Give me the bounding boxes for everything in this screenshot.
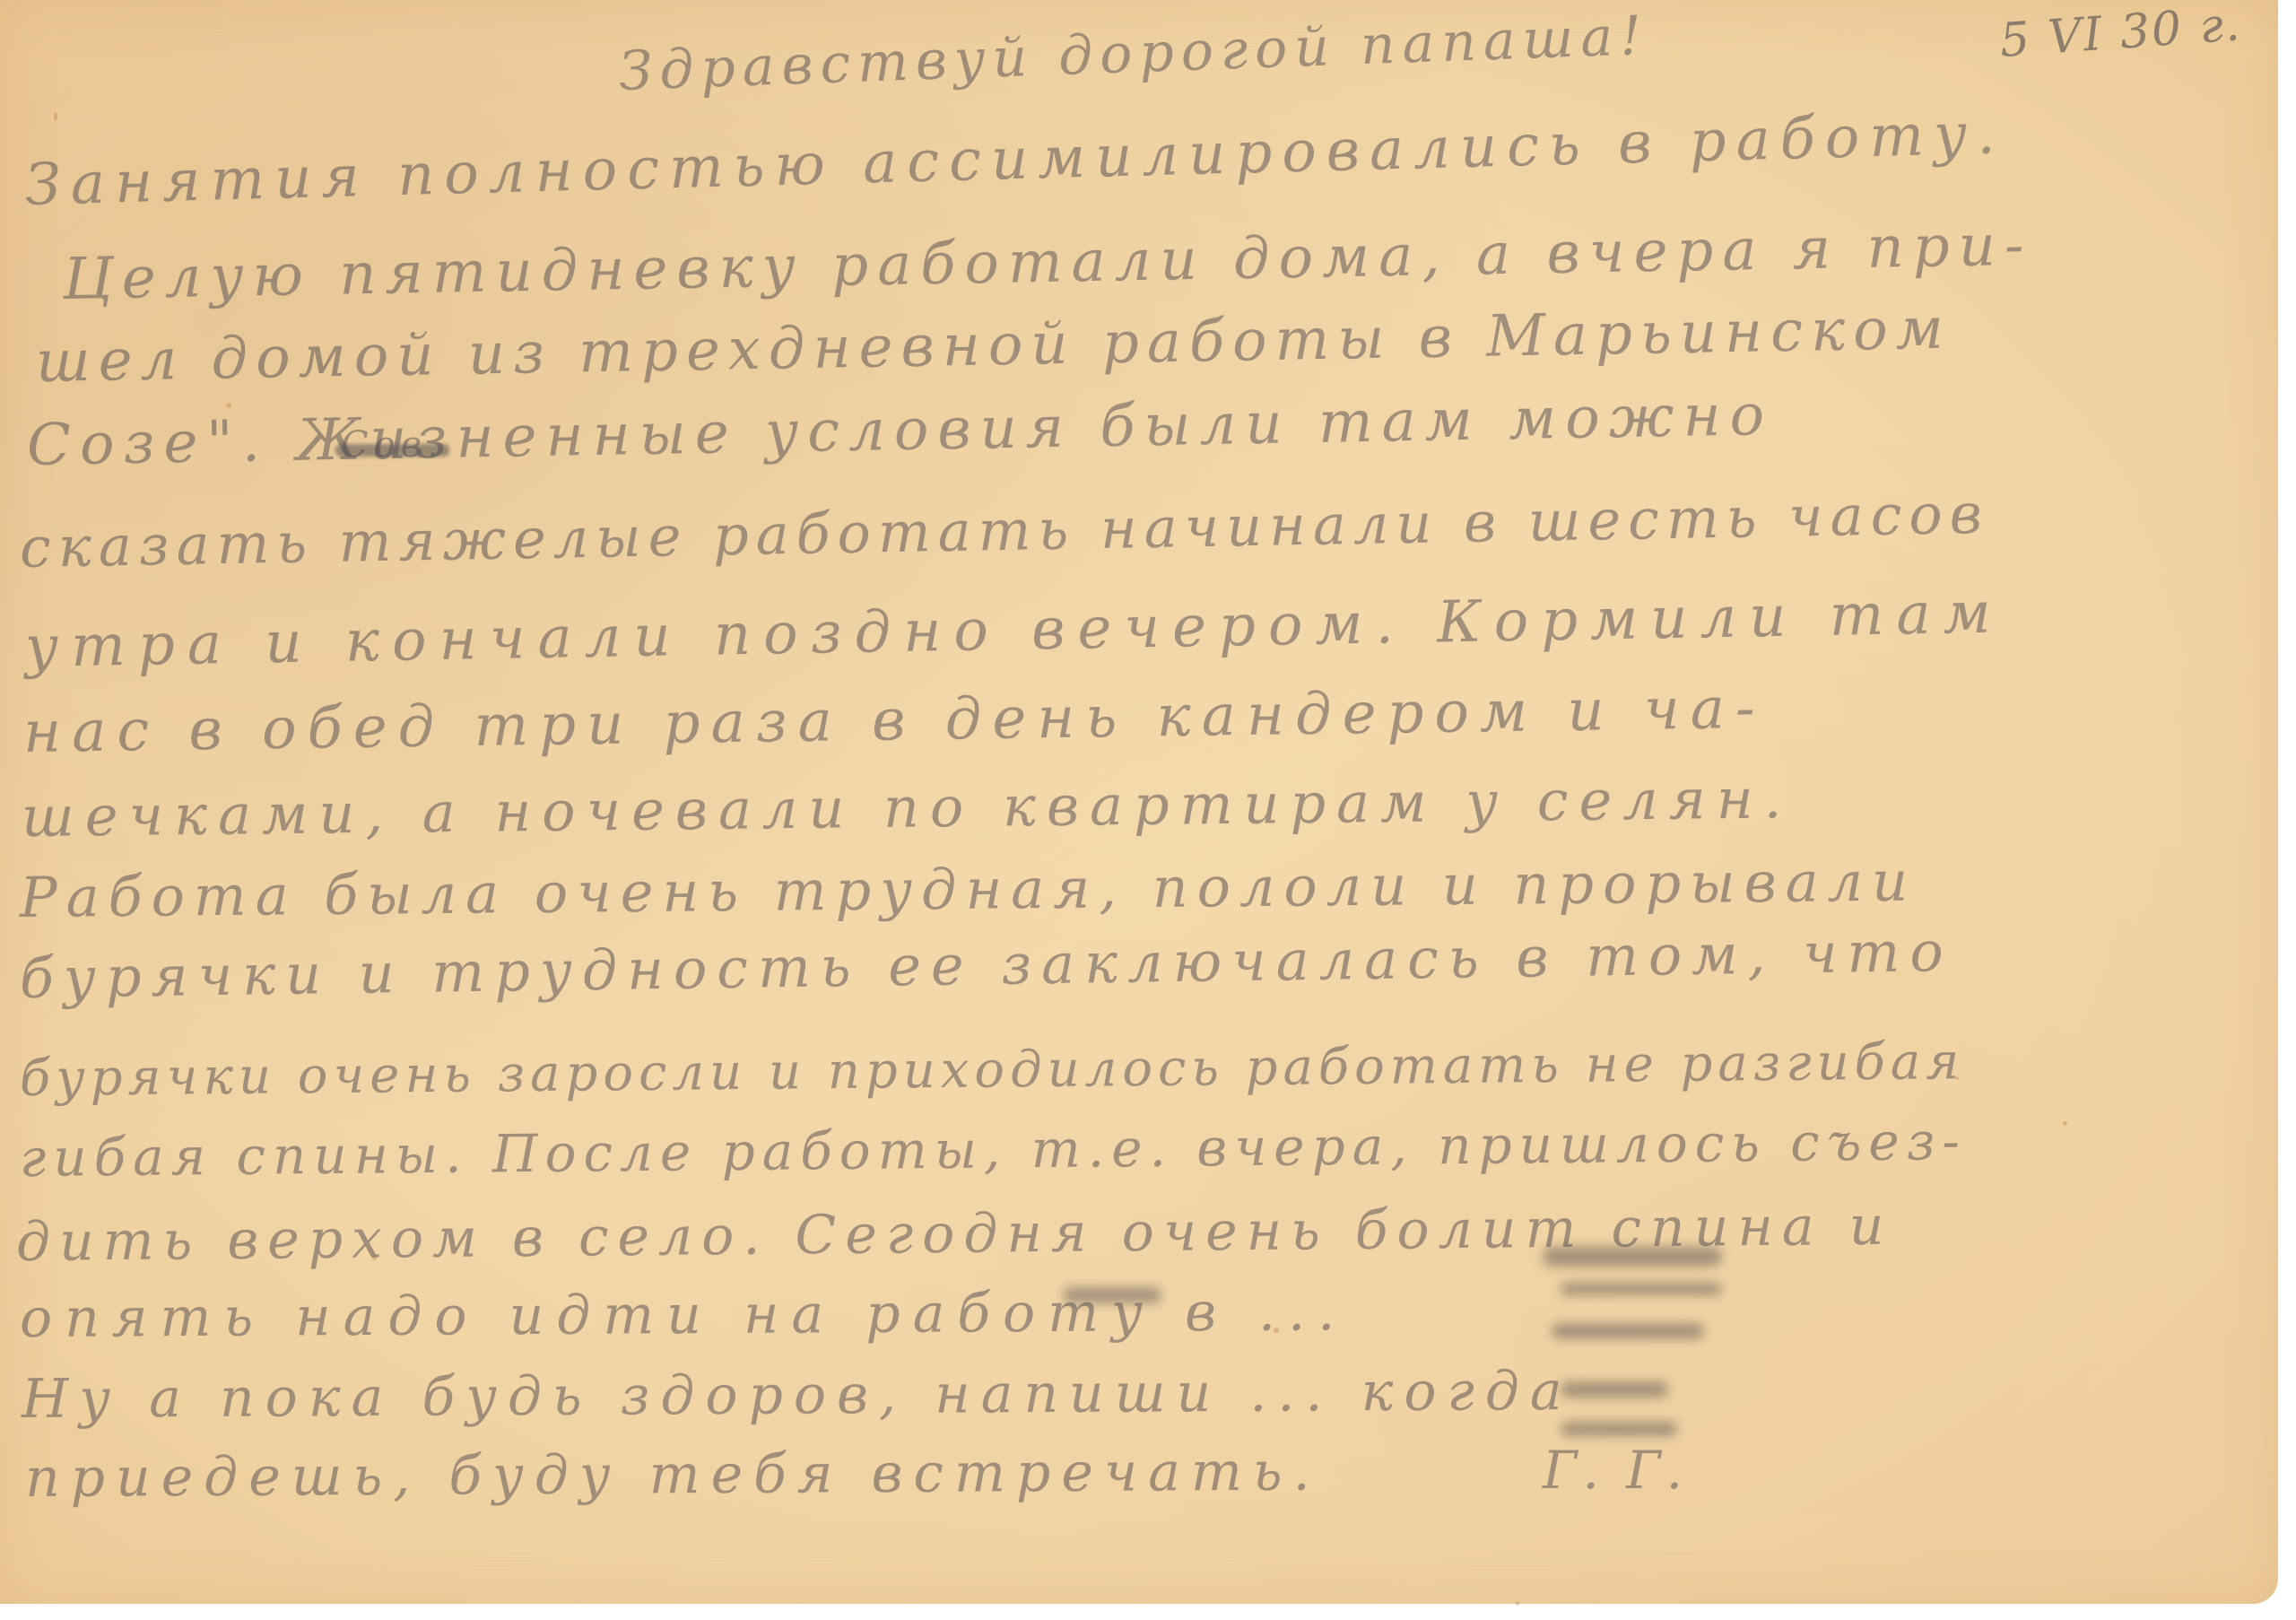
letter-line-3: шел домой из трехдневной работы в Марьин… (35, 300, 1952, 391)
crossed-out-smudge (1552, 1323, 1704, 1339)
letter-line-16: приедешь, буду тебя встречать. (25, 1444, 1321, 1505)
postcard: 5 VI 30 г. Здравствуй дорогой папаша! За… (0, 0, 2278, 1604)
crossed-out-smudge (1561, 1422, 1677, 1436)
letter-line-7: нас в обед три раза в день кандером и ча… (23, 680, 1766, 762)
paper-speck (226, 403, 231, 408)
letter-line-12: гибая спины. После работы, т.е. вчера, п… (20, 1115, 1967, 1184)
paper-speck (2063, 1121, 2067, 1126)
crossed-out-smudge (1561, 1283, 1722, 1295)
letter-line-2: Целую пятидневку работали дома, а вчера … (62, 217, 2033, 309)
letter-line-15: Ну а пока будь здоров, напиши ... когда (22, 1364, 1573, 1426)
greeting-heading: Здравствуй дорогой папаша! (618, 9, 1649, 99)
crossed-out-smudge (1543, 1247, 1722, 1267)
letter-line-1: Занятия полностью ассимилировались в раб… (24, 105, 2005, 214)
letter-line-8: шечками, а ночевали по квартирам у селян… (22, 771, 1793, 845)
crossed-out-text: Сов. (341, 427, 444, 463)
signature-initials: Г. Г. (1543, 1444, 1688, 1496)
date-stamp: 5 VI 30 г. (1998, 1, 2243, 65)
letter-line-4-text: Созе". Жизненные условия были там можно (26, 382, 1773, 479)
crossed-out-smudge (1063, 1287, 1161, 1303)
letter-line-4: Созе". Жизненные условия были там можно (26, 387, 1773, 475)
crossed-out-smudge (1561, 1381, 1668, 1398)
letter-line-11: бурячки очень заросли и приходилось рабо… (20, 1037, 1965, 1104)
letter-line-10: бурячки и трудность ее заключалась в том… (20, 924, 1953, 1006)
letter-line-9: Работа была очень трудная, пололи и прор… (20, 854, 1918, 926)
paper-speck (54, 112, 57, 121)
crossed-out-word-1: Сов. (341, 427, 444, 463)
letter-line-6: утра и кончали поздно вечером. Кормили т… (24, 585, 2004, 676)
paper-speck (1516, 1601, 1519, 1606)
letter-line-5: сказать тяжелые работать начинали в шест… (19, 486, 1989, 576)
